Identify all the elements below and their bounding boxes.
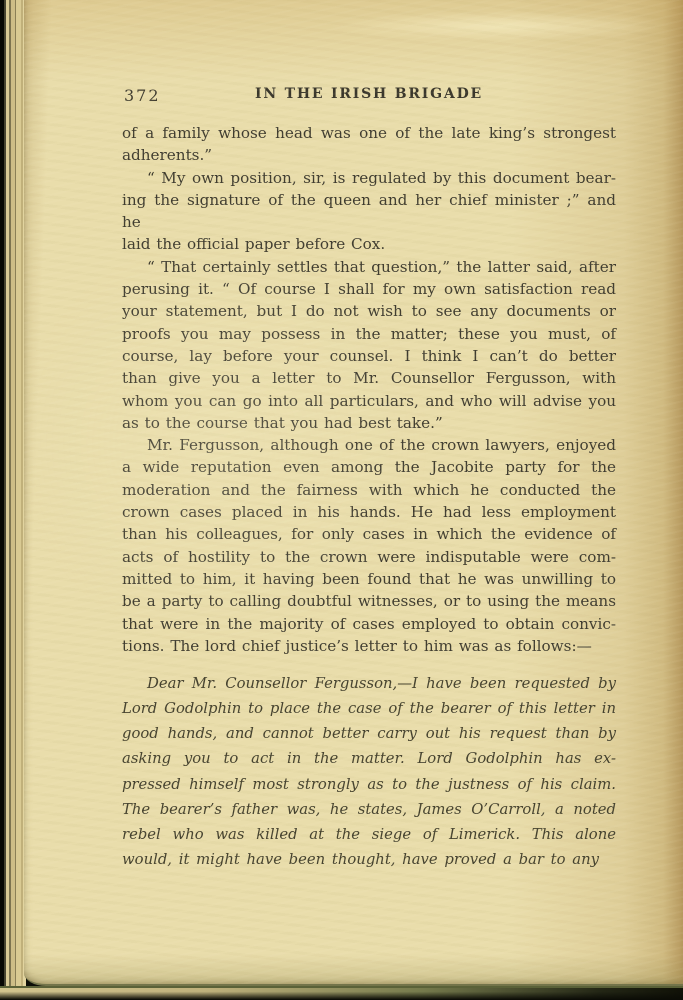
text-line: would, it might have been thought, have …	[122, 847, 616, 872]
text-line: that were in the majority of cases emplo…	[122, 613, 616, 635]
book-bottom-edge	[0, 986, 683, 1000]
text-line: a wide reputation even among the Jacobit…	[122, 456, 616, 478]
text-line: Dear Mr. Counsellor Fergusson,—I have be…	[122, 671, 616, 696]
text-line: your statement, but I do not wish to see…	[122, 300, 616, 322]
page-number: 372	[124, 86, 161, 105]
running-title: IN THE IRISH BRIGADE	[122, 86, 616, 102]
text-line: rebel who was killed at the siege of Lim…	[122, 822, 616, 847]
text-line: The bearer’s father was, he states, Jame…	[122, 797, 616, 822]
text-line: good hands, and cannot better carry out …	[122, 721, 616, 746]
text-line: adherents.”	[122, 144, 616, 166]
text-line: acts of hostility to the crown were indi…	[122, 546, 616, 568]
text-line: Lord Godolphin to place the case of the …	[122, 696, 616, 721]
text-line: whom you can go into all particulars, an…	[122, 390, 616, 412]
paragraph: “ My own position, sir, is regulated by …	[122, 167, 616, 256]
scan-light-streak	[301, 6, 683, 46]
paragraph: Mr. Fergusson, although one of the crown…	[122, 434, 616, 657]
page-body: of a family whose head was one of the la…	[122, 122, 616, 872]
book-page: 372 IN THE IRISH BRIGADE of a family who…	[24, 0, 683, 986]
text-line: mitted to him, it having been found that…	[122, 568, 616, 590]
text-line: Mr. Fergusson, although one of the crown…	[122, 434, 616, 456]
text-line: “ That certainly settles that question,”…	[122, 256, 616, 278]
text-line: crown cases placed in his hands. He had …	[122, 501, 616, 523]
text-line: laid the official paper before Cox.	[122, 233, 616, 255]
text-line: pressed himself most strongly as to the …	[122, 772, 616, 797]
text-line: proofs you may possess in the matter; th…	[122, 323, 616, 345]
page-content: 372 IN THE IRISH BRIGADE of a family who…	[122, 86, 616, 872]
paragraph: of a family whose head was one of the la…	[122, 122, 616, 167]
text-line: perusing it. “ Of course I shall for my …	[122, 278, 616, 300]
text-line: moderation and the fairness with which h…	[122, 479, 616, 501]
text-line: as to the course that you had best take.…	[122, 412, 616, 434]
text-line: asking you to act in the matter. Lord Go…	[122, 746, 616, 771]
paragraph: “ That certainly settles that question,”…	[122, 256, 616, 434]
text-line: than his colleagues, for only cases in w…	[122, 523, 616, 545]
text-line: than give you a letter to Mr. Counsellor…	[122, 367, 616, 389]
page-edges-left	[0, 0, 26, 990]
book-scan: 372 IN THE IRISH BRIGADE of a family who…	[0, 0, 683, 1000]
letter-paragraph: Dear Mr. Counsellor Fergusson,—I have be…	[122, 671, 616, 872]
text-line: course, lay before your counsel. I think…	[122, 345, 616, 367]
page-header: 372 IN THE IRISH BRIGADE	[122, 86, 616, 103]
text-line: tions. The lord chief justice’s letter t…	[122, 635, 616, 657]
text-line: ing the signature of the queen and her c…	[122, 189, 616, 234]
text-line: of a family whose head was one of the la…	[122, 122, 616, 144]
text-line: be a party to calling doubtful witnesses…	[122, 590, 616, 612]
text-line: “ My own position, sir, is regulated by …	[122, 167, 616, 189]
